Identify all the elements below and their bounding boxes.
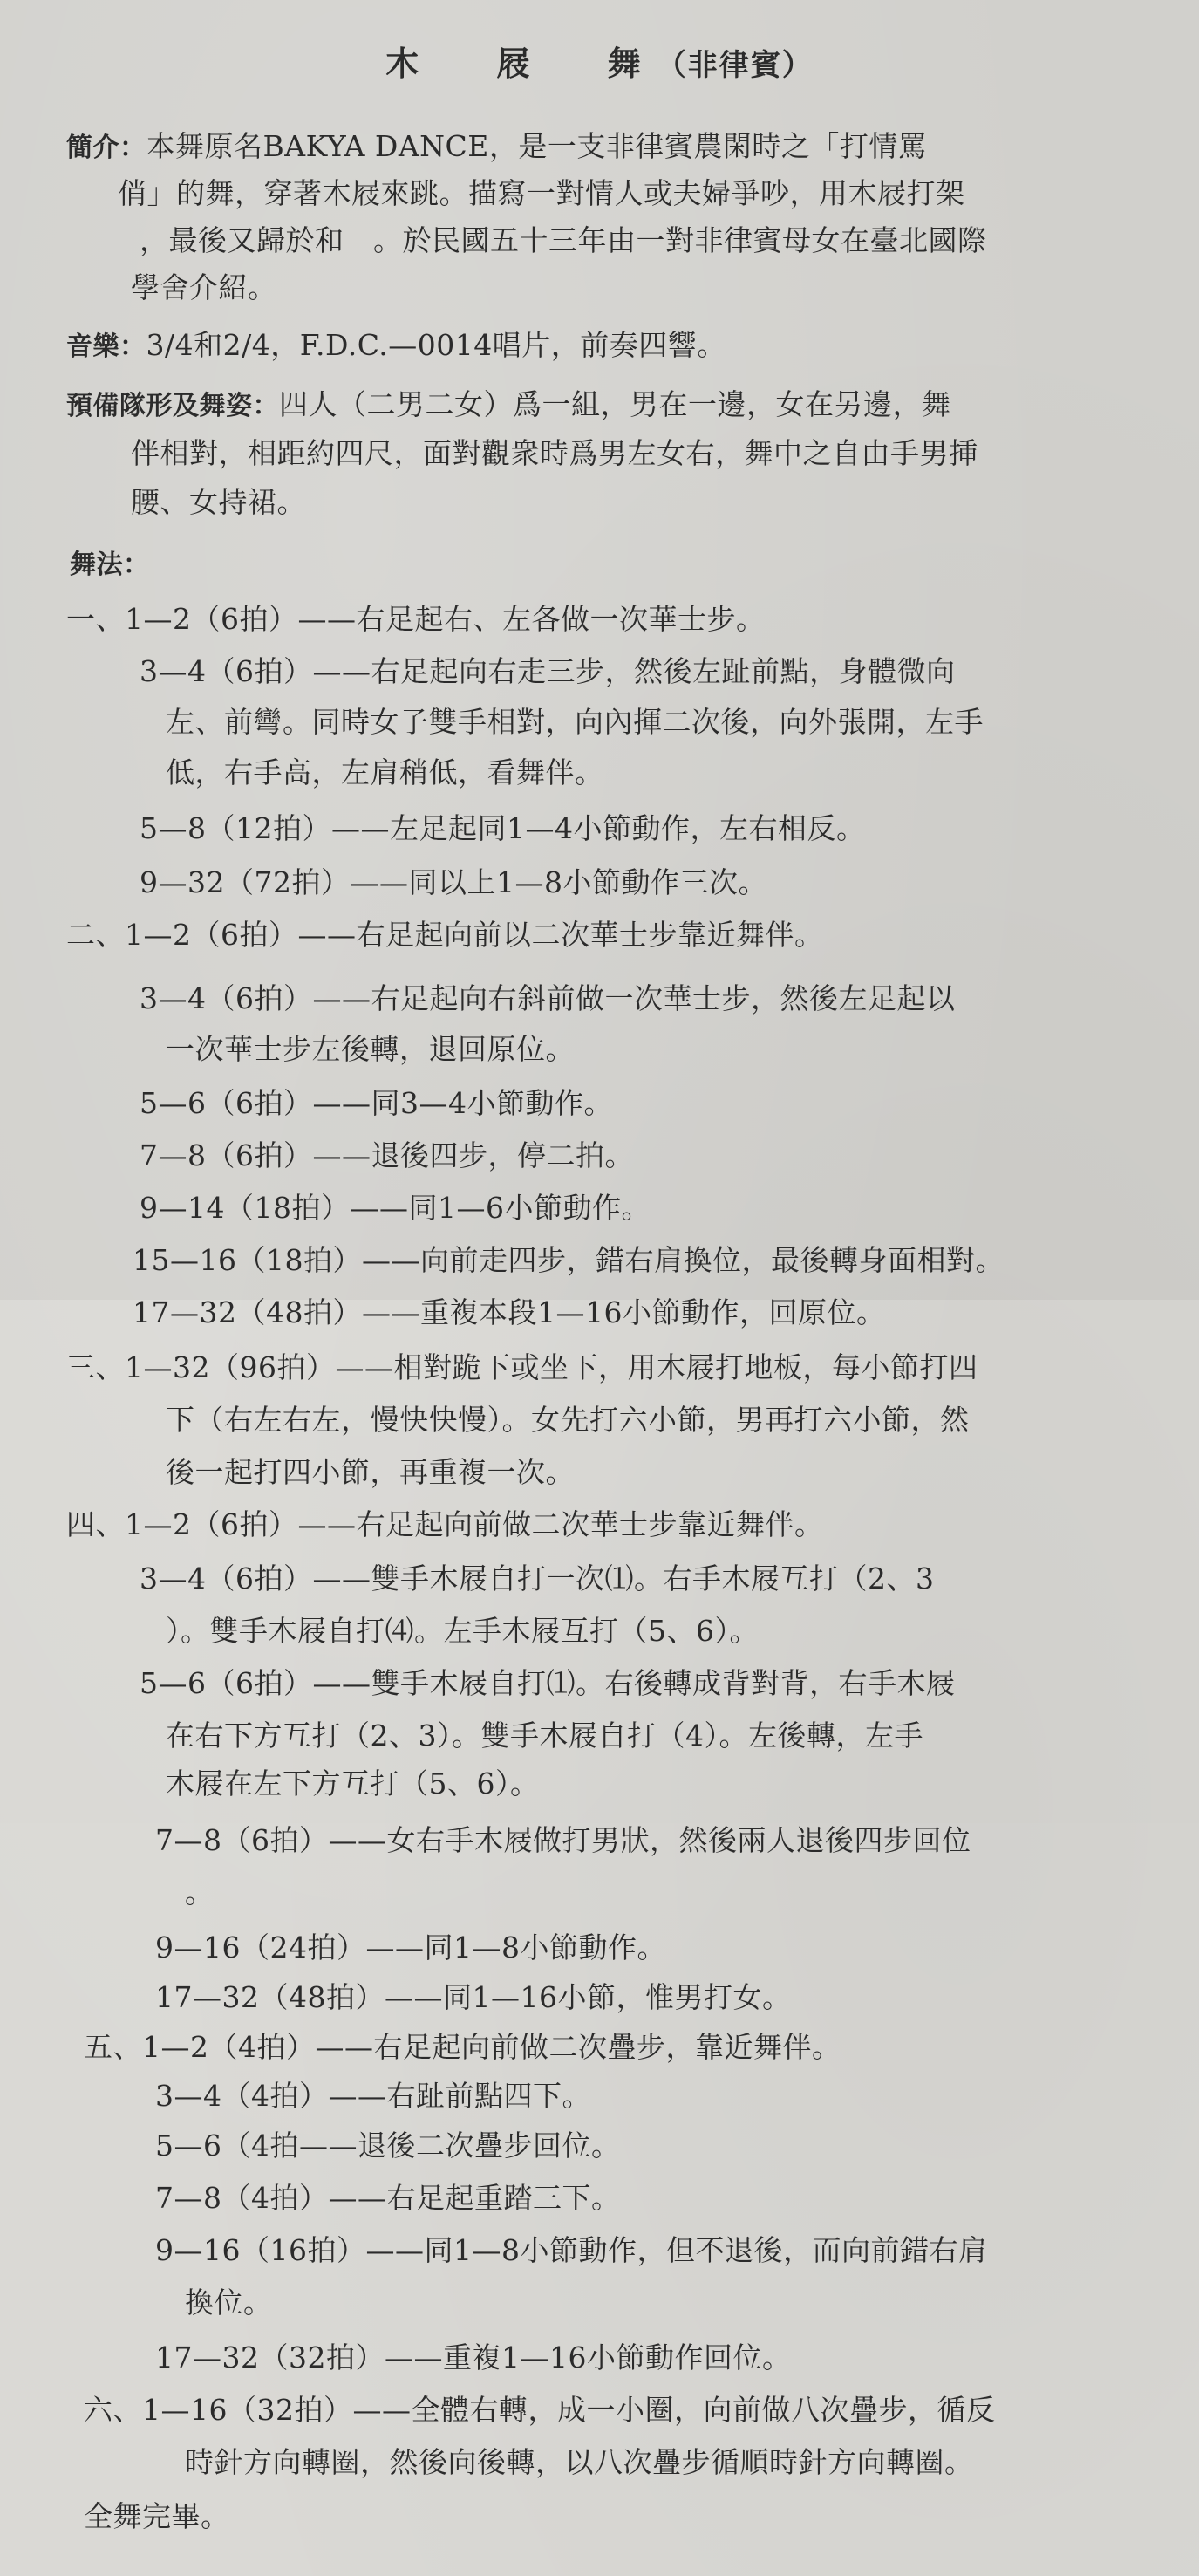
measures: 1—16 — [142, 2393, 228, 2427]
section-number: 五、 — [84, 2030, 142, 2064]
section-2-step-3: 5—6（6拍）——同3—4小節動作。 — [140, 1086, 613, 1121]
beats: （6拍） — [207, 1666, 313, 1700]
measures: 17—32 — [155, 2340, 259, 2374]
beats: （6拍） — [222, 1823, 329, 1857]
formation-text: 四人（二男二女）爲一組，男在一邊，女在另邊，舞 — [279, 387, 951, 421]
step-text: ——右足起向前做二次疊步，靠近舞伴。 — [316, 2030, 841, 2064]
beats: （16拍） — [241, 2233, 366, 2267]
measures: 9—16 — [155, 2233, 241, 2267]
method-label: 舞法： — [70, 548, 150, 583]
step-text: ——右足起右、左各做一次華士步。 — [298, 602, 766, 636]
step-text: ——右趾前點四下。 — [329, 2079, 592, 2113]
section-4-step-6: 17—32（48拍）——同1—16小節，惟男打女。 — [155, 1980, 791, 2015]
title-country: （非律賓） — [657, 48, 814, 83]
measures: 5—6 — [140, 1086, 207, 1120]
section-4-step-2: 3—4（6拍）——雙手木屐自打一次⑴。右手木屐互打（2、3 — [140, 1561, 935, 1596]
beats: （24拍） — [241, 1930, 366, 1964]
section-4-step-4-cont: 。 — [185, 1876, 215, 1910]
section-4-step-2-cont: ）。雙手木屐自打⑷。左手木屐互打（5、6）。 — [166, 1614, 759, 1649]
beats: （48拍） — [259, 1980, 385, 2014]
section-1-step-3: 5—8（12拍）——左足起同1—4小節動作，左右相反。 — [140, 811, 866, 846]
section-3-cont-1: 下（右左右左，慢快快慢）。女先打六小節，男再打六小節，然 — [166, 1403, 970, 1438]
beats: （12拍） — [207, 811, 332, 845]
formation-line-1: 預備隊形及舞姿：四人（二男二女）爲一組，男在一邊，女在另邊，舞 — [66, 387, 951, 424]
step-text: ——雙手木屐自打一次⑴。右手木屐互打（2、3 — [313, 1561, 935, 1595]
step-text: ——全體右轉，成一小圈，向前做八次疊步，循反 — [353, 2393, 996, 2427]
music-text: 3/4和2/4，F.D.C.—0014唱片，前奏四響。 — [146, 328, 726, 362]
beats: （6拍） — [192, 1507, 298, 1541]
intro-line-4: 學舍介紹。 — [131, 270, 277, 305]
step-text: ——同以上1—8小節動作三次。 — [351, 865, 768, 899]
section-1-step-1: 一、1—2（6拍）——右足起右、左各做一次華士步。 — [66, 602, 766, 637]
measures: 5—6 — [140, 1666, 207, 1700]
measures: 17—32 — [155, 1980, 259, 2014]
beats: （6拍） — [192, 602, 298, 636]
page-title: 木 屐 舞（非律賓） — [0, 37, 1199, 85]
measures: 7—8 — [155, 2181, 222, 2215]
section-number: 六、 — [84, 2393, 142, 2427]
section-4-step-5: 9—16（24拍）——同1—8小節動作。 — [155, 1930, 666, 1965]
step-text: ——退後二次疊步回位。 — [299, 2128, 621, 2163]
step-text: ——左足起同1—4小節動作，左右相反。 — [331, 811, 866, 845]
beats: （6拍） — [207, 1561, 313, 1595]
step-text: ——右足起向右斜前做一次華士步，然後左足起以 — [313, 981, 956, 1015]
beats: （72拍） — [225, 865, 351, 899]
section-number: 二、 — [66, 918, 125, 952]
section-2-step-5: 9—14（18拍）——同1—6小節動作。 — [140, 1191, 651, 1226]
step-text: ——右足起重踏三下。 — [329, 2181, 621, 2215]
section-2-step-1: 二、1—2（6拍）——右足起向前以二次華士步靠近舞伴。 — [66, 918, 824, 953]
step-text: ——雙手木屐自打⑴。右後轉成背對背，右手木屐 — [313, 1666, 956, 1700]
section-4-step-3-cont-2: 木屐在左下方互打（5、6）。 — [166, 1766, 540, 1801]
section-5-step-3: 5—6（4拍——退後二次疊步回位。 — [155, 2128, 621, 2163]
intro-label: 簡介： — [66, 133, 146, 163]
beats: （18拍） — [236, 1243, 362, 1277]
measures: 1—32 — [125, 1350, 210, 1384]
measures: 1—2 — [125, 918, 192, 952]
step-text: ——同1—8小節動作，但不退後，而向前錯右肩 — [366, 2233, 988, 2267]
step-text: ——女右手木屐做打男狀，然後兩人退後四步回位 — [329, 1823, 971, 1857]
intro-line-2: 俏」的舞，穿著木屐來跳。描寫一對情人或夫婦爭吵，用木屐打架 — [118, 176, 965, 211]
scanned-page: 木 屐 舞（非律賓） 簡介：本舞原名BAKYA DANCE，是一支非律賓農閑時之… — [0, 0, 1199, 2576]
section-6-cont: 時針方向轉圈，然後向後轉，以八次疊步循順時針方向轉圈。 — [185, 2445, 974, 2480]
measures: 9—14 — [140, 1191, 225, 1225]
measures: 3—4 — [155, 2079, 222, 2113]
beats: （4拍） — [222, 2181, 329, 2215]
section-4-step-1: 四、1—2（6拍）——右足起向前做二次華士步靠近舞伴。 — [66, 1507, 824, 1542]
section-5-step-1: 五、1—2（4拍）——右足起向前做二次疊步，靠近舞伴。 — [84, 2030, 841, 2065]
title-main: 木 屐 舞 — [385, 44, 673, 83]
measures: 1—2 — [125, 602, 192, 636]
intro-line-1: 簡介：本舞原名BAKYA DANCE，是一支非律賓農閑時之「打情罵 — [66, 129, 927, 166]
section-1-step-4: 9—32（72拍）——同以上1—8小節動作三次。 — [140, 865, 767, 900]
section-5-step-5-cont: 換位。 — [185, 2286, 273, 2320]
measures: 9—32 — [140, 865, 225, 899]
beats: （32拍） — [228, 2393, 353, 2427]
beats: （48拍） — [236, 1295, 362, 1329]
measures: 3—4 — [140, 654, 207, 688]
formation-line-2: 伴相對，相距約四尺，面對觀衆時爲男左女右，舞中之自由手男挿 — [131, 436, 978, 471]
measures: 1—2 — [142, 2030, 209, 2064]
beats: （6拍） — [207, 1138, 313, 1172]
measures: 5—8 — [140, 811, 207, 845]
section-4-step-3-cont-1: 在右下方互打（2、3）。雙手木屐自打（4）。左後轉，左手 — [166, 1718, 923, 1753]
step-text: ——同1—6小節動作。 — [351, 1191, 651, 1225]
section-4-step-3: 5—6（6拍）——雙手木屐自打⑴。右後轉成背對背，右手木屐 — [140, 1666, 956, 1701]
beats: （6拍） — [192, 918, 298, 952]
step-text: ——相對跪下或坐下，用木屐打地板，每小節打四 — [336, 1350, 978, 1384]
measures: 7—8 — [155, 1823, 222, 1857]
section-2-step-4: 7—8（6拍）——退後四步，停二拍。 — [140, 1138, 634, 1173]
step-text: ——重複本段1—16小節動作，回原位。 — [362, 1295, 886, 1329]
section-1-step-2-cont-2: 低，右手高，左肩稍低，看舞伴。 — [166, 755, 604, 790]
ending-text: 全舞完畢。 — [84, 2499, 230, 2534]
step-text: ——右足起向前做二次華士步靠近舞伴。 — [298, 1507, 824, 1541]
beats: （32拍） — [259, 2340, 385, 2374]
section-3-step-1: 三、1—32（96拍）——相對跪下或坐下，用木屐打地板，每小節打四 — [66, 1350, 978, 1385]
music-label: 音樂： — [66, 331, 146, 362]
section-number: 四、 — [66, 1507, 125, 1541]
measures: 3—4 — [140, 981, 207, 1015]
step-text: ——同1—8小節動作。 — [366, 1930, 667, 1964]
beats: （6拍） — [207, 654, 313, 688]
beats: （6拍） — [207, 1086, 313, 1120]
section-2-step-6: 15—16（18拍）——向前走四步，錯右肩換位，最後轉身面相對。 — [133, 1243, 1005, 1278]
measures: 15—16 — [133, 1243, 236, 1277]
section-2-step-2: 3—4（6拍）——右足起向右斜前做一次華士步，然後左足起以 — [140, 981, 956, 1016]
step-text: ——向前走四步，錯右肩換位，最後轉身面相對。 — [362, 1243, 1005, 1277]
beats: （4拍） — [209, 2030, 316, 2064]
music-line: 音樂：3/4和2/4，F.D.C.—0014唱片，前奏四響。 — [66, 328, 726, 365]
section-number: 一、 — [66, 602, 125, 636]
section-3-cont-2: 後一起打四小節，再重複一次。 — [166, 1455, 575, 1490]
beats: （4拍） — [222, 2079, 329, 2113]
step-text: ——退後四步，停二拍。 — [313, 1138, 635, 1172]
beats: （4拍 — [222, 2128, 300, 2163]
beats: （6拍） — [207, 981, 313, 1015]
measures: 3—4 — [140, 1561, 207, 1595]
measures: 17—32 — [133, 1295, 236, 1329]
section-6-step-1: 六、1—16（32拍）——全體右轉，成一小圈，向前做八次疊步，循反 — [84, 2393, 996, 2428]
beats: （96拍） — [210, 1350, 336, 1384]
measures: 7—8 — [140, 1138, 207, 1172]
section-4-step-4: 7—8（6拍）——女右手木屐做打男狀，然後兩人退後四步回位 — [155, 1823, 971, 1858]
measures: 5—6 — [155, 2128, 222, 2163]
section-5-step-4: 7—8（4拍）——右足起重踏三下。 — [155, 2181, 621, 2216]
section-2-step-7: 17—32（48拍）——重複本段1—16小節動作，回原位。 — [133, 1295, 885, 1330]
section-1-step-2-cont-1: 左、前彎。同時女子雙手相對，向內揮二次後，向外張開，左手 — [166, 705, 984, 740]
intro-text: 本舞原名BAKYA DANCE，是一支非律賓農閑時之「打情罵 — [146, 129, 928, 163]
beats: （18拍） — [225, 1191, 351, 1225]
formation-label: 預備隊形及舞姿： — [66, 391, 279, 421]
section-5-step-5: 9—16（16拍）——同1—8小節動作，但不退後，而向前錯右肩 — [155, 2233, 988, 2268]
step-text: ——同1—16小節，惟男打女。 — [385, 1980, 792, 2014]
section-5-step-2: 3—4（4拍）——右趾前點四下。 — [155, 2079, 591, 2114]
intro-line-3: ，最後又歸於和 。於民國五十三年由一對非律賓母女在臺北國際 — [140, 223, 987, 258]
section-2-step-2-cont: 一次華士步左後轉，退回原位。 — [166, 1032, 575, 1067]
section-5-step-6: 17—32（32拍）——重複1—16小節動作回位。 — [155, 2340, 791, 2375]
measures: 9—16 — [155, 1930, 241, 1964]
step-text: ——重複1—16小節動作回位。 — [385, 2340, 792, 2374]
measures: 1—2 — [125, 1507, 192, 1541]
section-1-step-2: 3—4（6拍）——右足起向右走三步，然後左趾前點，身體微向 — [140, 654, 956, 689]
step-text: ——右足起向前以二次華士步靠近舞伴。 — [298, 918, 824, 952]
step-text: ——右足起向右走三步，然後左趾前點，身體微向 — [313, 654, 956, 688]
step-text: ——同3—4小節動作。 — [313, 1086, 614, 1120]
section-number: 三、 — [66, 1350, 125, 1384]
formation-line-3: 腰、女持裙。 — [131, 485, 306, 520]
